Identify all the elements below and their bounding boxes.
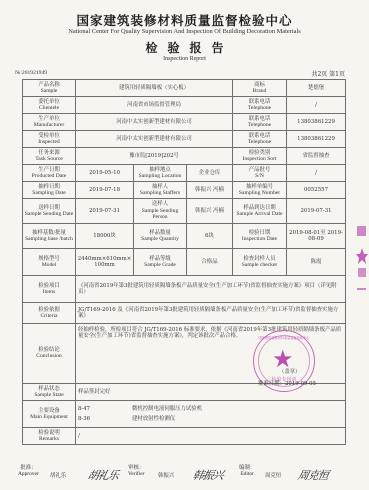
equipment-code: 8-47 xyxy=(78,406,132,412)
value-telephone-3: 13803861229 xyxy=(287,131,346,148)
row-base-batch: 抽样基数/批量Sampling base /batch 18000块 样品数量S… xyxy=(23,224,346,249)
equipment-name: 建材放射性检测仪 xyxy=(132,416,175,422)
label-sending-date: 送样日期Sample Sending Date xyxy=(23,199,76,224)
verifier-signature: 韩振兴 xyxy=(191,467,224,483)
row-clientele: 委托单位Clientele 河南省市场监督管理局 联系电话Telephone / xyxy=(23,97,346,114)
label-checker: 检查封样人员Sample checker xyxy=(233,249,287,276)
label-base-batch: 抽样基数/批量Sampling base /batch xyxy=(23,224,76,249)
equipment-code: 8-36 xyxy=(78,416,132,422)
seal-label: （盖章） xyxy=(279,367,301,375)
label-arrival-date: 样品到达日期Sample Arrival Date xyxy=(233,199,287,224)
value-arrival-date: 2019-07-31 xyxy=(287,199,346,224)
label-sampling-staffers: 抽样人Sampling Staffers xyxy=(134,182,187,199)
report-title-en: Inspection Report xyxy=(0,56,369,62)
row-sample: 产品名称Sample 建筑用轻质隔墙板（实心板） 商标Brand 楚德堡 xyxy=(23,80,346,97)
row-sending-date: 送样日期Sample Sending Date 2019-07-31 送样人Sa… xyxy=(23,199,346,224)
label-task-source: 任务来源Task Source xyxy=(23,148,76,165)
label-grade: 样品等级Sample Grade xyxy=(134,249,187,276)
approver-label: 批准：Approver xyxy=(18,466,39,478)
org-title-cn: 国家建筑装修材料质量监督检验中心 xyxy=(0,11,369,29)
report-number: №:201921949 xyxy=(15,70,47,76)
label-brand: 商标Brand xyxy=(233,80,287,97)
report-title-cn: 检验报告 xyxy=(0,39,369,56)
value-telephone-1: / xyxy=(287,97,346,114)
label-criteria: 检验依据Criteria xyxy=(23,303,76,324)
label-sending-person: 送样人Sample Sending Person xyxy=(134,199,187,224)
value-items: 《河南省2019年第3批建筑用轻质隔墙条板产品质量安全(生产加工环节)省监督抽查… xyxy=(76,276,346,303)
org-title-en: National Center For Quality Supervision … xyxy=(0,28,369,35)
approve-date: 批准日期：2019-09-05 xyxy=(258,379,316,387)
approver-name: 胡礼乐 xyxy=(50,471,66,479)
label-inspected: 受检单位Inspected xyxy=(23,131,76,148)
label-manufacturer: 生产单位Manufacturer xyxy=(23,114,76,131)
value-sending-date: 2019-07-31 xyxy=(76,199,134,224)
label-sample: 产品名称Sample xyxy=(23,80,76,97)
label-sampling-date: 抽样日期Sampling Date xyxy=(23,182,76,199)
value-inspection-sort: 省监督抽查 xyxy=(287,148,346,165)
edge-seal-icon xyxy=(354,224,368,296)
value-grade: 合格品 xyxy=(187,249,233,276)
row-main-equipment: 主要设备Main Equipment 8-47 微机控制电液伺服压力试验机 8-… xyxy=(23,401,346,428)
signature-row: 批准：Approver 胡礼乐 胡礼乐 审核：Verifier 韩振兴 韩振兴 … xyxy=(0,466,369,488)
label-sn: 产品批号S/N xyxy=(233,165,287,182)
row-inspected: 受检单位Inspected 河南中太实创新型建材有限公司 联系电话Telepho… xyxy=(23,131,346,148)
value-sending-person: 韩振兴 冯楠 xyxy=(187,199,233,224)
editor-signature: 周克恒 xyxy=(296,467,329,483)
value-brand: 楚德堡 xyxy=(287,80,346,97)
label-clientele: 委托单位Clientele xyxy=(23,97,76,114)
row-task-source: 任务来源Task Source 豫市监[2019]202号 检验类别Inspec… xyxy=(23,148,346,165)
approver-signature: 胡礼乐 xyxy=(86,467,119,483)
value-inspection-date: 2019-08-01至 2019-08-09 xyxy=(287,224,346,249)
value-producted-date: 2019-05-10 xyxy=(76,165,134,182)
equipment-item: 8-47 微机控制电液伺服压力试验机 xyxy=(78,406,344,412)
value-clientele: 河南省市场监督管理局 xyxy=(76,97,233,114)
page-count: 共2页 第1页 xyxy=(311,69,345,78)
value-telephone-2: 13803861229 xyxy=(287,114,346,131)
value-sampling-number: 0052557 xyxy=(287,182,346,199)
row-remarks: 检验说明Remarks / xyxy=(23,428,346,445)
row-criteria: 检验依据Criteria JG/T169-2016 及《河南省2019年第3批建… xyxy=(23,303,346,324)
label-telephone-1: 联系电话Telephone xyxy=(233,97,287,114)
label-telephone-2: 联系电话Telephone xyxy=(233,114,287,131)
label-model: 规格型号Model xyxy=(23,249,76,276)
label-sample-state: 样品状态Sample State xyxy=(23,384,76,401)
equipment-item: 8-36 建材放射性检测仪 xyxy=(78,416,344,422)
label-remarks: 检验说明Remarks xyxy=(23,428,76,445)
row-manufacturer: 生产单位Manufacturer 河南中太实创新型建材有限公司 联系电话Tele… xyxy=(23,114,346,131)
row-items: 检验项目Items 《河南省2019年第3批建筑用轻质隔墙条板产品质量安全(生产… xyxy=(23,276,346,303)
value-main-equipment: 8-47 微机控制电液伺服压力试验机 8-36 建材放射性检测仪 xyxy=(76,401,346,428)
value-sampling-location: 企业仓库 xyxy=(187,165,233,182)
verifier-name: 韩振兴 xyxy=(158,471,174,479)
value-sampling-staffers: 韩振兴 冯楠 xyxy=(187,182,233,199)
value-task-source: 豫市监[2019]202号 xyxy=(76,148,233,165)
label-inspection-sort: 检验类别Inspection Sort xyxy=(233,148,287,165)
value-sampling-date: 2019-07-18 xyxy=(76,182,134,199)
value-quantity: 6块 xyxy=(187,224,233,249)
label-quantity: 样品数量Sample Quantity xyxy=(134,224,187,249)
seal-arc-text: 国家建筑装修材料质量监督检验中心 xyxy=(254,335,314,340)
value-criteria: JG/T169-2016 及《河南省2019年第3批建筑用轻质隔墙条板产品质量安… xyxy=(76,303,346,324)
value-manufacturer: 河南中太实创新型建材有限公司 xyxy=(76,114,233,131)
value-sn: / xyxy=(287,165,346,182)
label-telephone-3: 联系电话Telephone xyxy=(233,131,287,148)
label-conclusion: 检验结论Conclusion xyxy=(23,324,76,384)
equipment-name: 微机控制电液伺服压力试验机 xyxy=(132,406,202,412)
row-producted-date: 生产日期Producted Date 2019-05-10 抽样地点Sampli… xyxy=(23,165,346,182)
label-producted-date: 生产日期Producted Date xyxy=(23,165,76,182)
row-sampling-date: 抽样日期Sampling Date 2019-07-18 抽样人Sampling… xyxy=(23,182,346,199)
label-inspection-date: 检验日期Inspection Date xyxy=(233,224,287,249)
report-table: 产品名称Sample 建筑用轻质隔墙板（实心板） 商标Brand 楚德堡 委托单… xyxy=(22,79,346,445)
label-main-equipment: 主要设备Main Equipment xyxy=(23,401,76,428)
editor-name: 周克恒 xyxy=(265,471,281,479)
value-sample: 建筑用轻质隔墙板（实心板） xyxy=(76,80,233,97)
label-sampling-number: 抽样单编号Sampling Number xyxy=(233,182,287,199)
label-sampling-location: 抽样地点Sampling Location xyxy=(134,165,187,182)
row-model: 规格型号Model 2440mm×610mm× 100mm 样品等级Sample… xyxy=(23,249,346,276)
value-base-batch: 18000块 xyxy=(76,224,134,249)
value-model: 2440mm×610mm× 100mm xyxy=(76,249,134,276)
editor-label: 编制：Editor xyxy=(239,466,255,478)
value-remarks: / xyxy=(76,428,346,445)
label-items: 检验项目Items xyxy=(23,276,76,303)
verifier-label: 审核：Verifier xyxy=(128,466,144,478)
value-inspected: 河南中太实创新型建材有限公司 xyxy=(76,131,233,148)
value-checker: 陈霞 xyxy=(287,249,346,276)
